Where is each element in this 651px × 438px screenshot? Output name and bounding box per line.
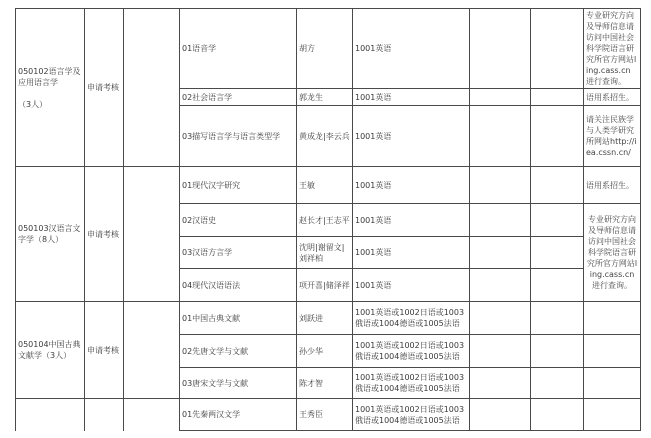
empty-cell xyxy=(531,106,584,167)
notes-cell: 请关注民族学与人类学研究所网站http://iea.cssn.cn/ xyxy=(584,106,641,167)
direction-cell: 02社会语言学 xyxy=(180,89,297,106)
foreign-language-cell: 1001英语 xyxy=(353,204,470,237)
notes-cell: 专业研究方向及导师信息请访问中国社会科学院语言研究所官方网站ling.cass.… xyxy=(584,9,641,89)
empty-cell xyxy=(531,335,584,368)
supervisor-cell: 陈才智 xyxy=(297,368,353,399)
direction-cell: 03描写语言学与语言类型学 xyxy=(180,106,297,167)
direction-cell: 02先唐文学与文献 xyxy=(180,335,297,368)
supervisor-cell: 刘跃进 xyxy=(297,302,353,335)
direction-cell: 01现代汉字研究 xyxy=(180,167,297,204)
supervisor-cell: 赵长才|王志平 xyxy=(297,204,353,237)
empty-cell xyxy=(124,399,180,431)
empty-cell xyxy=(470,9,531,89)
empty-cell xyxy=(470,106,531,167)
empty-cell xyxy=(531,89,584,106)
admissions-table: 050102语言学及应用语言学 （3人） 申请考核 01语音学 胡方 1001英… xyxy=(15,8,641,431)
notes-cell: 专业研究方向及导师信息请访问中国社会科学院语言研究所官方网站ling.cass.… xyxy=(584,204,641,302)
foreign-language-cell: 1001英语 xyxy=(353,167,470,204)
exam-method-cell xyxy=(85,399,124,431)
empty-cell xyxy=(584,368,641,399)
table-row: 01先秦两汉文学 王秀臣 1001英语或1002日语或1003俄语或1004德语… xyxy=(16,399,641,431)
direction-cell: 02汉语史 xyxy=(180,204,297,237)
direction-cell: 03汉语方言学 xyxy=(180,237,297,269)
supervisor-cell: 项开喜|储泽祥 xyxy=(297,269,353,302)
empty-cell xyxy=(470,368,531,399)
table-row: 050103汉语言文字学（8人） 申请考核 01现代汉字研究 王敏 1001英语… xyxy=(16,167,641,204)
foreign-language-cell: 1001英语或1002日语或1003俄语或1004德语或1005法语 xyxy=(353,302,470,335)
empty-cell xyxy=(470,269,531,302)
direction-cell: 01语音学 xyxy=(180,9,297,89)
direction-cell: 01先秦两汉文学 xyxy=(180,399,297,431)
empty-cell xyxy=(470,335,531,368)
foreign-language-cell: 1001英语 xyxy=(353,269,470,302)
direction-cell: 03唐宋文学与文献 xyxy=(180,368,297,399)
notes-cell: 语用系招生。 xyxy=(584,167,641,204)
foreign-language-cell: 1001英语 xyxy=(353,9,470,89)
table-row: 050102语言学及应用语言学 （3人） 申请考核 01语音学 胡方 1001英… xyxy=(16,9,641,89)
exam-method-cell: 申请考核 xyxy=(85,167,124,302)
exam-method-cell: 申请考核 xyxy=(85,302,124,399)
empty-cell xyxy=(470,167,531,204)
supervisor-cell: 胡方 xyxy=(297,9,353,89)
major-cell: 050102语言学及应用语言学 （3人） xyxy=(16,9,85,167)
empty-cell xyxy=(531,399,584,431)
empty-cell xyxy=(531,167,584,204)
empty-cell xyxy=(531,237,584,269)
foreign-language-cell: 1001英语或1002日语或1003俄语或1004德语或1005法语 xyxy=(353,399,470,431)
supervisor-cell: 郭龙生 xyxy=(297,89,353,106)
supervisor-cell: 王敏 xyxy=(297,167,353,204)
empty-cell xyxy=(531,269,584,302)
direction-cell: 01中国古典文献 xyxy=(180,302,297,335)
supervisor-cell: 沈明|谢留文|刘祥柏 xyxy=(297,237,353,269)
exam-method-cell: 申请考核 xyxy=(85,9,124,167)
notes-cell: 语用系招生。 xyxy=(584,89,641,106)
empty-cell xyxy=(470,237,531,269)
empty-cell xyxy=(470,89,531,106)
table-row: 050104中国古典文献学（3人） 申请考核 01中国古典文献 刘跃进 1001… xyxy=(16,302,641,335)
supervisor-cell: 王秀臣 xyxy=(297,399,353,431)
major-quota: （3人） xyxy=(18,100,47,109)
major-cell: 050103汉语言文字学（8人） xyxy=(16,167,85,302)
direction-cell: 04现代汉语语法 xyxy=(180,269,297,302)
empty-cell xyxy=(470,204,531,237)
empty-cell xyxy=(531,9,584,89)
admissions-table-sheet: 050102语言学及应用语言学 （3人） 申请考核 01语音学 胡方 1001英… xyxy=(15,8,641,431)
supervisor-cell: 孙少华 xyxy=(297,335,353,368)
empty-cell xyxy=(124,167,180,302)
empty-cell xyxy=(470,399,531,431)
supervisor-cell: 黄成龙|李云兵 xyxy=(297,106,353,167)
empty-cell xyxy=(124,302,180,399)
empty-cell xyxy=(531,302,584,335)
foreign-language-cell: 1001英语 xyxy=(353,89,470,106)
major-cell: 050104中国古典文献学（3人） xyxy=(16,302,85,399)
foreign-language-cell: 1001英语或1002日语或1003俄语或1004德语或1005法语 xyxy=(353,335,470,368)
major-cell xyxy=(16,399,85,431)
empty-cell xyxy=(470,302,531,335)
foreign-language-cell: 1001英语 xyxy=(353,237,470,269)
foreign-language-cell: 1001英语 xyxy=(353,106,470,167)
empty-cell xyxy=(124,9,180,167)
empty-cell xyxy=(584,302,641,335)
empty-cell xyxy=(531,368,584,399)
empty-cell xyxy=(584,399,641,431)
empty-cell xyxy=(584,335,641,368)
foreign-language-cell: 1001英语或1002日语或1003俄语或1004德语或1005法语 xyxy=(353,368,470,399)
major-name: 050102语言学及应用语言学 xyxy=(18,67,81,87)
empty-cell xyxy=(531,204,584,237)
